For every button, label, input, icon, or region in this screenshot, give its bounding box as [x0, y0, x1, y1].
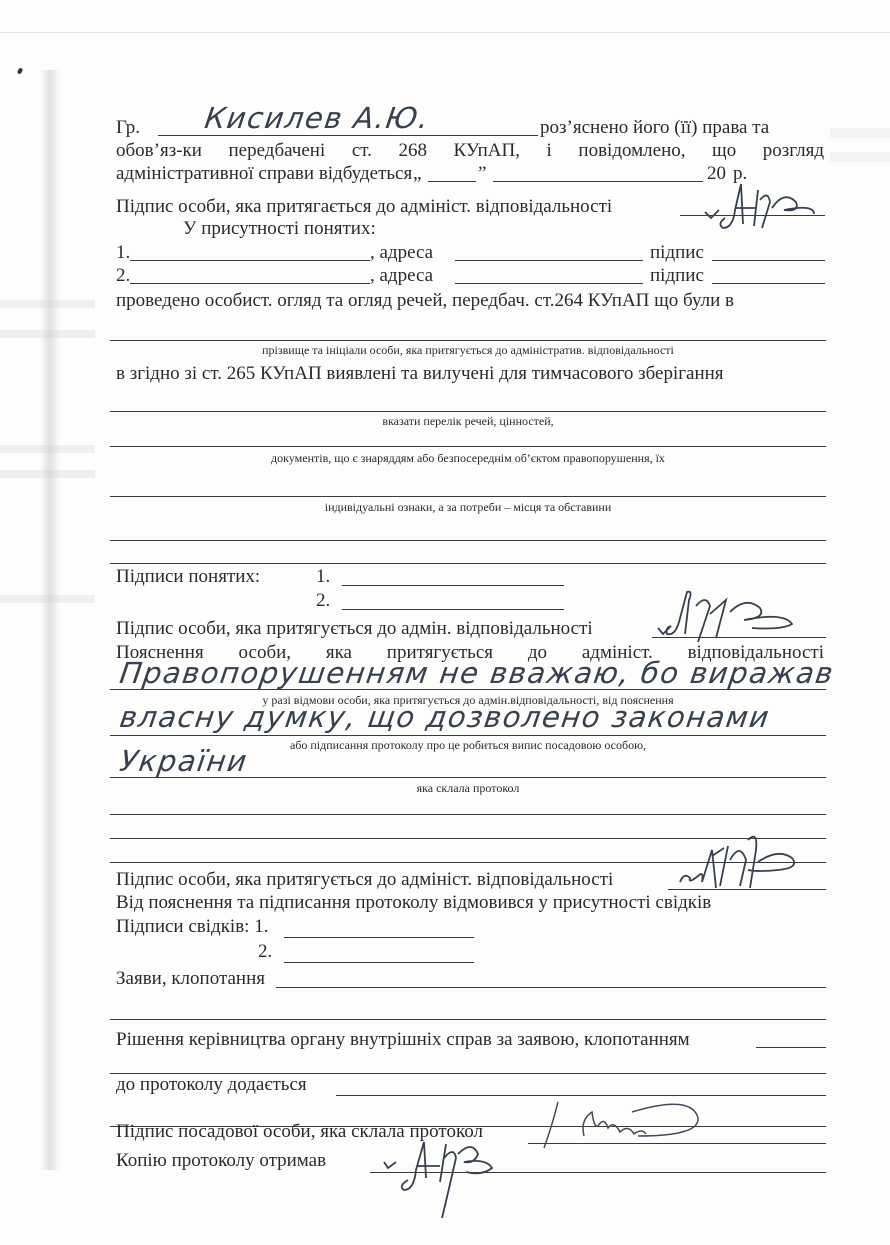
seized-line-1[interactable] [110, 411, 826, 412]
explanation-line-1[interactable] [110, 689, 826, 690]
requests-line-2[interactable] [110, 1019, 826, 1020]
intro-prefix: Гр. [116, 117, 140, 139]
explanation-handwritten-line-3: України [118, 744, 251, 778]
witness-signature-1-num: 1. [316, 566, 330, 588]
seized-line-3[interactable] [110, 496, 826, 497]
intro-suffix: роз’яснено його (її) права та [540, 117, 769, 139]
attached-label: до протоколу додається [116, 1074, 307, 1096]
decision-label: Рішення керівництва органу внутрішніх сп… [116, 1029, 690, 1051]
intro-line-3: адміністративної справи відбудеться [116, 163, 412, 185]
explanation-handwritten-line-2: власну думку, що дозволено законами [118, 700, 773, 734]
witness-1-signature-label: підпис [650, 242, 704, 264]
witness-2-signature-line[interactable] [712, 283, 825, 284]
refusal-signature-label: Підпис особи, яка притягується до адміні… [116, 869, 613, 891]
seized-caption-3: індивідуальні ознаки, а за потреби – міс… [110, 500, 826, 514]
day-field-line[interactable] [428, 181, 476, 182]
bleed-through [830, 128, 890, 138]
witness-1-name-line[interactable] [130, 260, 370, 261]
witness-2-signature-label: підпис [650, 265, 704, 287]
witness-signatures-label: Підписи понятих: [116, 566, 260, 588]
month-field-line[interactable] [493, 181, 703, 182]
witness-2-num: 2. [116, 265, 130, 287]
search-text: проведено особист. огляд та огляд речей,… [116, 290, 734, 312]
seized-line-5[interactable] [110, 563, 826, 564]
quote-open: „ [413, 163, 421, 185]
search-person-line[interactable] [110, 340, 826, 341]
witness-1-address-line[interactable] [455, 260, 643, 261]
witness-2-name-line[interactable] [130, 283, 370, 284]
explanation-caption-3: яка склала протокол [110, 781, 826, 795]
witness-2-address-line[interactable] [455, 283, 643, 284]
seized-caption-1: вказати перелік речей, цінностей, [110, 414, 826, 428]
witness-signature-1-line[interactable] [342, 585, 564, 586]
signature-1 [700, 178, 830, 238]
witness-1-signature-line[interactable] [712, 260, 825, 261]
refusal-witness-2-num: 2. [258, 941, 272, 963]
search-caption: прізвище та ініціали особи, яка притягує… [110, 343, 826, 357]
witness-signature-2-line[interactable] [342, 609, 564, 610]
seized-text: в згідно зі ст. 265 КУпАП виявлені та ви… [116, 363, 724, 385]
admin-signature-label: Підпис особи, яка притягується до адмін.… [116, 618, 593, 640]
witness-1-address-label: , адреса [370, 242, 433, 264]
signature-copy [378, 1128, 548, 1218]
bleed-through [0, 300, 95, 308]
intro-line-2: обов’яз-ки передбачені ст. 268 КУпАП, і … [116, 140, 824, 162]
witness-2-address-label: , адреса [370, 265, 433, 287]
quote-close: ” [478, 163, 486, 185]
signature-official [520, 1098, 720, 1168]
scan-speck [17, 67, 23, 74]
bleed-through [0, 595, 95, 603]
signature-2 [650, 584, 820, 646]
explanation-line-2[interactable] [110, 735, 826, 736]
bleed-through [0, 330, 95, 338]
bleed-through [0, 445, 95, 453]
requests-label: Заяви, клопотання [116, 968, 265, 990]
scan-shadow [40, 70, 60, 1170]
signature-3 [672, 826, 812, 894]
bleed-through [830, 152, 890, 162]
refusal-witness-1-line[interactable] [284, 937, 474, 938]
witness-1-num: 1. [116, 242, 130, 264]
scan-edge [0, 32, 890, 33]
copy-received-label: Копію протоколу отримав [116, 1150, 326, 1172]
witness-signature-2-num: 2. [316, 590, 330, 612]
bleed-through [0, 470, 95, 478]
refusal-text: Від пояснення та підписання протоколу ві… [116, 892, 711, 914]
attached-line-1[interactable] [336, 1095, 826, 1096]
explanation-handwritten-line-1: Правопорушенням не вважаю, бо виражав [118, 656, 837, 690]
intro-signature-label: Підпис особи, яка притягається до адміні… [116, 196, 612, 218]
seized-line-2[interactable] [110, 446, 826, 447]
explanation-line-4[interactable] [110, 814, 826, 815]
handwritten-name: Кисилев А.Ю. [203, 101, 432, 135]
witnesses-heading: У присутності понятих: [183, 218, 376, 240]
name-field-line [158, 135, 538, 136]
seized-caption-2: документів, що є знаряддям або безпосере… [110, 451, 826, 465]
refusal-witness-2-line[interactable] [284, 962, 474, 963]
seized-line-4[interactable] [110, 540, 826, 541]
refusal-witnesses-label: Підписи свідків: 1. [116, 916, 268, 938]
decision-line-1[interactable] [756, 1047, 826, 1048]
explanation-line-3[interactable] [110, 777, 826, 778]
requests-line-1[interactable] [276, 987, 826, 988]
